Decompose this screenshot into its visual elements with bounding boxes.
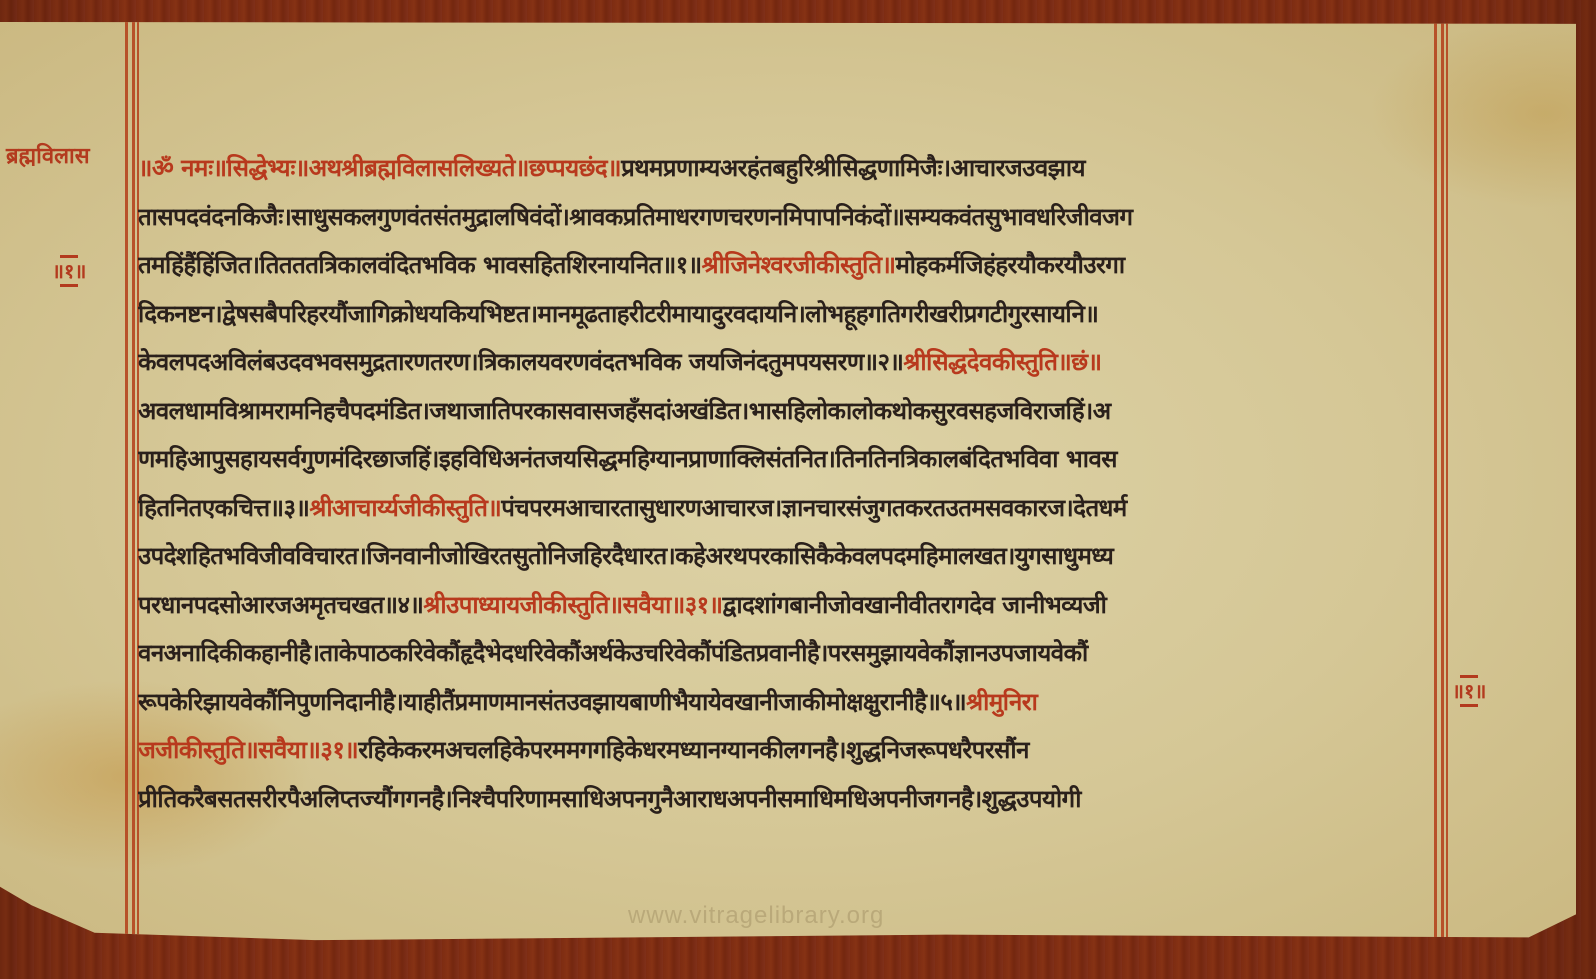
- body-text: दिकनष्टन।द्वेषसबैपरिहरयौंजागिक्रोधयकियभि…: [138, 300, 1098, 328]
- body-text: हितनितएकचित्त॥३॥: [138, 494, 309, 522]
- body-text: तमहिंहैंहिंजित।तितततत्रिकालवंदितभविक भाव…: [138, 251, 702, 279]
- body-text: उपदेशहितभविजीवविचारत।जिनवानीजोखिरतसुतोनि…: [138, 542, 1113, 570]
- body-text: प्रीतिकरैबसतसरीरपैअलिप्तज्यौंगगनहै।निश्च…: [138, 785, 1081, 813]
- manuscript-text-block: ॥ॐ नमः॥सिद्धेभ्यः॥अथश्रीब्रह्मविलासलिख्य…: [138, 144, 1434, 823]
- manuscript-line: तासपदवंदनकिजैः।साधुसकलगुणवंतसंतमुद्रालषि…: [138, 193, 1434, 242]
- rubric-text: श्रीमुनिरा: [966, 688, 1037, 716]
- manuscript-line: रूपकेरिझायवेकौंनिपुणनिदानीहै।याहीतैंप्रम…: [138, 678, 1434, 727]
- rubric-text: श्रीसिद्धदेवकीस्तुति॥छं॥: [903, 348, 1101, 376]
- watermark: www.vitragelibrary.org: [628, 902, 884, 930]
- manuscript-line: प्रीतिकरैबसतसरीरपैअलिप्तज्यौंगगनहै।निश्च…: [138, 775, 1434, 824]
- body-text: पंचपरमआचारतासुधारणआचारज।ज्ञानचारसंजुगतकर…: [501, 494, 1126, 522]
- folio-number-right-text: ॥१॥: [1452, 679, 1486, 703]
- body-text: रूपकेरिझायवेकौंनिपुणनिदानीहै।याहीतैंप्रम…: [138, 688, 966, 716]
- manuscript-line: जजीकीस्तुति॥सवैया॥३१॥रहिकेकरमअचलहिकेपरमम…: [138, 726, 1434, 775]
- manuscript-line: हितनितएकचित्त॥३॥श्रीआचार्य्यजीकीस्तुति॥प…: [138, 484, 1434, 533]
- folio-number-left-text: ॥१॥: [52, 259, 86, 283]
- body-text: सम्यकवंतसुभावधरिजीवजग: [904, 203, 1132, 231]
- manuscript-line: अवलधामविश्रामरामनिहचैपदमंडित।जथाजातिपरका…: [138, 387, 1434, 436]
- rubric-text: श्रीआचार्य्यजीकीस्तुति॥: [309, 494, 501, 522]
- manuscript-line: दिकनष्टन।द्वेषसबैपरिहरयौंजागिक्रोधयकियभि…: [138, 290, 1434, 339]
- body-text: केवलपदअविलंबउदवभवसमुद्रतारणतरण।त्रिकालयव…: [138, 348, 903, 376]
- manuscript-line: णमहिआपुसहायसर्वगुणमंदिरछाजहिं।इहविधिअनंत…: [138, 435, 1434, 484]
- rubric-text: श्रीजिनेश्वरजीकीस्तुति॥: [702, 251, 896, 279]
- body-text: द्वादशांगबानीजोवखानीवीतरागदेव जानीभव्यजी: [723, 591, 1107, 619]
- manuscript-line: तमहिंहैंहिंजित।तितततत्रिकालवंदितभविक भाव…: [138, 241, 1434, 290]
- margin-title: ब्रह्मविलास: [6, 140, 90, 170]
- rubric-text: जजीकीस्तुति॥सवैया॥३१॥: [138, 736, 358, 764]
- manuscript-line: वनअनादिकीकहानीहै।ताकेपाठकरिवेकौंहृदैभेदध…: [138, 629, 1434, 678]
- manuscript-photo: ब्रह्मविलास ॥१॥ ॥१॥ ॥ॐ नमः॥सिद्धेभ्यः॥अथ…: [0, 0, 1596, 979]
- folio-number-left: ॥१॥: [52, 252, 86, 290]
- rubric-text: श्रीउपाध्यायजीकीस्तुति॥सवैया॥३१॥: [423, 591, 722, 619]
- rubric-text: ॥ॐ नमः॥सिद्धेभ्यः॥अथश्रीब्रह्मविलासलिख्य…: [138, 154, 621, 182]
- body-text: णमहिआपुसहायसर्वगुणमंदिरछाजहिं।इहविधिअनंत…: [138, 445, 1117, 473]
- body-text: वनअनादिकीकहानीहै।ताकेपाठकरिवेकौंहृदैभेदध…: [138, 639, 1088, 667]
- manuscript-line: केवलपदअविलंबउदवभवसमुद्रतारणतरण।त्रिकालयव…: [138, 338, 1434, 387]
- manuscript-line: ॥ॐ नमः॥सिद्धेभ्यः॥अथश्रीब्रह्मविलासलिख्य…: [138, 144, 1434, 193]
- body-text: तासपदवंदनकिजैः।साधुसकलगुणवंतसंतमुद्रालषि…: [138, 203, 904, 231]
- body-text: रहिकेकरमअचलहिकेपरममगगहिकेधरमध्यानग्यानकी…: [358, 736, 1029, 764]
- manuscript-line: परधानपदसोआरजअमृतचखत॥४॥श्रीउपाध्यायजीकीस्…: [138, 581, 1434, 630]
- body-text: मोहकर्मजिहंहरयौकरयौउरगा: [895, 251, 1124, 279]
- body-text: प्रथमप्रणाम्यअरहंतबहुरिश्रीसिद्धणामिजैः।…: [621, 154, 1085, 182]
- body-text: अवलधामविश्रामरामनिहचैपदमंडित।जथाजातिपरका…: [138, 397, 1111, 425]
- folio-number-right: ॥१॥: [1452, 672, 1486, 710]
- manuscript-line: उपदेशहितभविजीवविचारत।जिनवानीजोखिरतसुतोनि…: [138, 532, 1434, 581]
- body-text: परधानपदसोआरजअमृतचखत॥४॥: [138, 591, 423, 619]
- manuscript-folio: ब्रह्मविलास ॥१॥ ॥१॥ ॥ॐ नमः॥सिद्धेभ्यः॥अथ…: [0, 22, 1576, 942]
- right-margin-rule: [1434, 22, 1450, 942]
